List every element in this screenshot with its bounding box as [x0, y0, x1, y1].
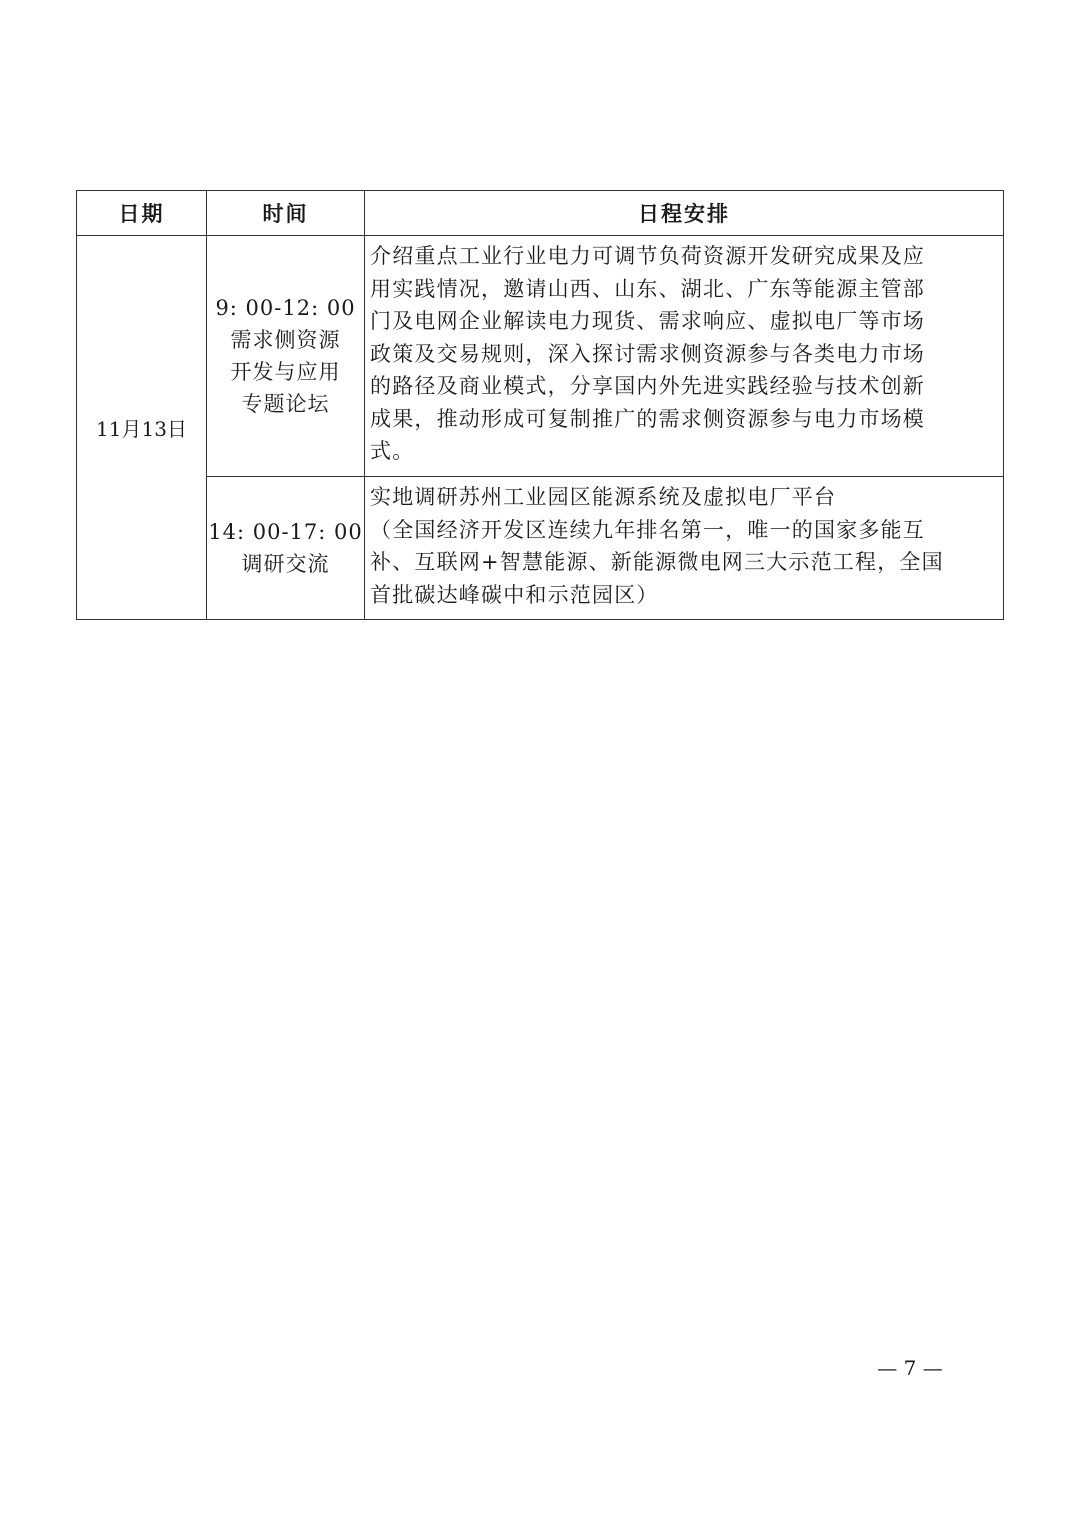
description-line: 门及电网企业解读电力现货、需求响应、虚拟电厂等市场 [370, 305, 999, 338]
header-time: 时间 [207, 191, 365, 236]
agenda-description: 实地调研苏州工业园区能源系统及虚拟电厂平台 （全国经济开发区连续九年排名第一，唯… [365, 477, 1004, 620]
time-cell: 14: 00-17: 00 调研交流 [207, 477, 365, 620]
description-line: 用实践情况，邀请山西、山东、湖北、广东等能源主管部 [370, 273, 999, 306]
time-range: 14: 00-17: 00 [207, 516, 364, 548]
header-agenda: 日程安排 [365, 191, 1004, 236]
description-line: 首批碳达峰碳中和示范园区） [370, 579, 999, 612]
session-title-line: 需求侧资源 [207, 324, 364, 356]
description-line: 介绍重点工业行业电力可调节负荷资源开发研究成果及应 [370, 240, 999, 273]
schedule-table: 日期 时间 日程安排 11月13日 9: 00-12: 00 需求侧资源 开发与… [76, 190, 1004, 620]
agenda-description: 介绍重点工业行业电力可调节负荷资源开发研究成果及应 用实践情况，邀请山西、山东、… [365, 236, 1004, 477]
time-cell: 9: 00-12: 00 需求侧资源 开发与应用 专题论坛 [207, 236, 365, 477]
table-row: 11月13日 9: 00-12: 00 需求侧资源 开发与应用 专题论坛 介绍重… [77, 236, 1004, 477]
description-line: 政策及交易规则，深入探讨需求侧资源参与各类电力市场 [370, 338, 999, 371]
session-title-line: 开发与应用 [207, 356, 364, 388]
table-header-row: 日期 时间 日程安排 [77, 191, 1004, 236]
description-line: 的路径及商业模式，分享国内外先进实践经验与技术创新 [370, 370, 999, 403]
description-line: 式。 [370, 435, 999, 468]
page-number: — 7 — [870, 1356, 950, 1380]
description-line: 实地调研苏州工业园区能源系统及虚拟电厂平台 [370, 481, 999, 514]
session-title-line: 调研交流 [207, 548, 364, 580]
description-line: 补、互联网+智慧能源、新能源微电网三大示范工程，全国 [370, 546, 999, 579]
table-row: 14: 00-17: 00 调研交流 实地调研苏州工业园区能源系统及虚拟电厂平台… [77, 477, 1004, 620]
date-cell: 11月13日 [77, 236, 207, 620]
time-range: 9: 00-12: 00 [207, 292, 364, 324]
header-date: 日期 [77, 191, 207, 236]
description-line: 成果，推动形成可复制推广的需求侧资源参与电力市场模 [370, 403, 999, 436]
session-title-line: 专题论坛 [207, 388, 364, 420]
description-line: （全国经济开发区连续九年排名第一，唯一的国家多能互 [370, 514, 999, 547]
